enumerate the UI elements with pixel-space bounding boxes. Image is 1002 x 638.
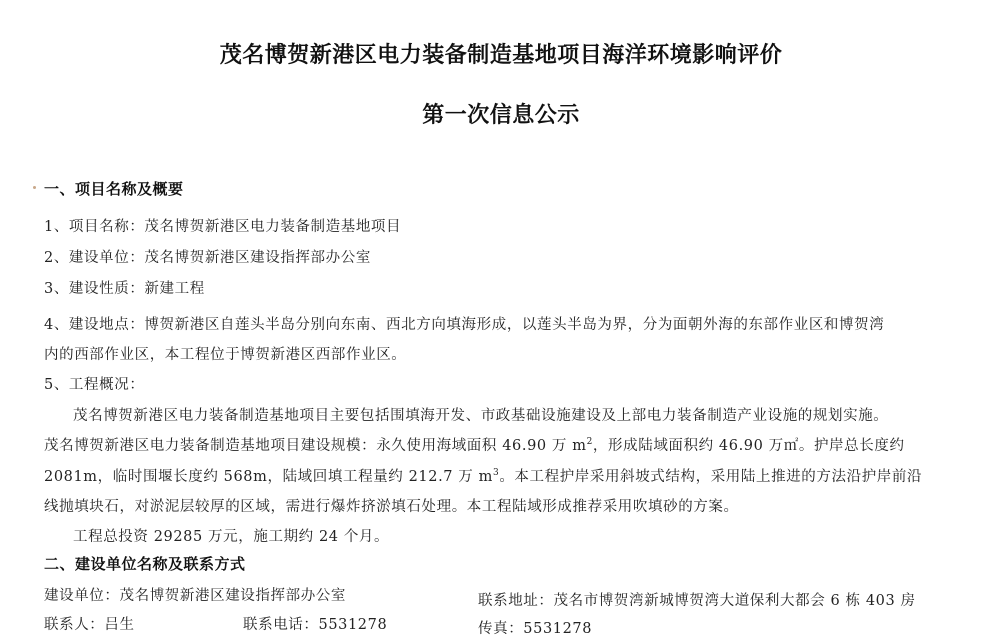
overview-paragraph-line-3: 2081m，临时围堰长度约 568m，陆域回填工程量约 212.7 万 m3。本… (44, 465, 922, 486)
item-construction-nature: 3、建设性质：新建工程 (44, 277, 205, 298)
document-title: 茂名博贺新港区电力装备制造基地项目海洋环境影响评价 (0, 38, 1002, 69)
contact-phone: 联系电话：5531278 (243, 613, 387, 634)
document-subtitle: 第一次信息公示 (0, 98, 1002, 129)
text-span: 。本工程护岸采用斜坡式结构，采用陆上推进的方法沿护岸前沿 (499, 469, 922, 485)
text-span: 茂名博贺新港区电力装备制造基地项目建设规模：永久使用海域面积 46.90 万 m (44, 438, 587, 454)
contact-unit: 建设单位：茂名博贺新港区建设指挥部办公室 (44, 584, 346, 605)
section-heading-2: 二、建设单位名称及联系方式 (44, 553, 246, 574)
contact-address: 联系地址：茂名市博贺湾新城博贺湾大道保利大都会 6 栋 403 房 (478, 589, 916, 610)
investment-paragraph: 工程总投资 29285 万元，施工期约 24 个月。 (73, 525, 389, 546)
item-location: 4、建设地点：博贺新港区自莲头半岛分别向东南、西北方向填海形成，以莲头半岛为界，… (44, 313, 884, 334)
overview-paragraph-line-1: 茂名博贺新港区电力装备制造基地项目主要包括围填海开发、市政基础设施建设及上部电力… (73, 404, 888, 425)
item-project-name: 1、项目名称：茂名博贺新港区电力装备制造基地项目 (44, 215, 401, 236)
overview-paragraph-line-4: 线抛填块石，对淤泥层较厚的区域，需进行爆炸挤淤填石处理。本工程陆域形成推荐采用吹… (44, 495, 739, 516)
scan-speck (33, 186, 36, 189)
contact-fax: 传真：5531278 (478, 617, 592, 638)
contact-person: 联系人：吕生 (44, 613, 135, 634)
text-span: 2081m，临时围堰长度约 568m，陆域回填工程量约 212.7 万 m (44, 469, 493, 485)
item-construction-unit: 2、建设单位：茂名博贺新港区建设指挥部办公室 (44, 246, 371, 267)
section-heading-1: 一、项目名称及概要 (44, 178, 184, 199)
overview-paragraph-line-2: 茂名博贺新港区电力装备制造基地项目建设规模：永久使用海域面积 46.90 万 m… (44, 434, 905, 455)
text-span: ，形成陆域面积约 46.90 万㎡。护岸总长度约 (593, 438, 905, 454)
item-overview-label: 5、工程概况： (44, 373, 144, 394)
item-location-cont: 内的西部作业区，本工程位于博贺新港区西部作业区。 (44, 343, 406, 364)
